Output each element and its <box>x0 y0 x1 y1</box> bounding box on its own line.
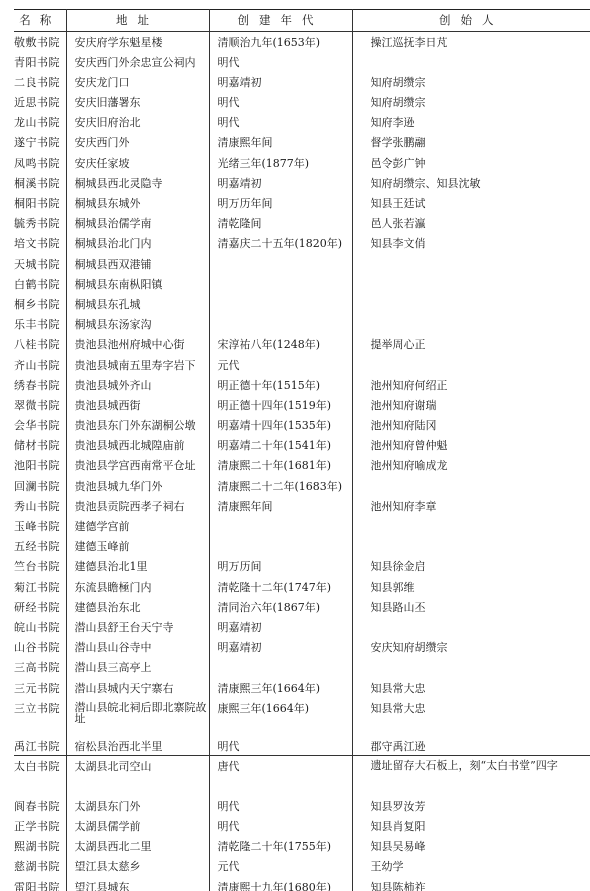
cell-address: 贵池县东门外东湖桐公墩 <box>66 415 209 435</box>
cell-founder: 提举周心正 <box>352 334 590 354</box>
cell-name: 天城书院 <box>14 254 66 274</box>
table-row: 桐溪书院桐城县西北灵隐寺明嘉靖初知府胡缵宗、知县沈敏 <box>14 173 590 193</box>
cell-name: 菊江书院 <box>14 577 66 597</box>
cell-name: 竺台书院 <box>14 556 66 576</box>
cell-founder: 知府李逊 <box>352 112 590 132</box>
table-row: 慈湖书院望江县太慈乡元代王幼学 <box>14 856 590 876</box>
cell-founder: 知县李文俏 <box>352 233 590 253</box>
cell-address: 东流县瞻極门内 <box>66 577 209 597</box>
cell-founder <box>352 294 590 314</box>
cell-founder <box>352 476 590 496</box>
cell-address: 贵池县城外齐山 <box>66 375 209 395</box>
table-row: 竺台书院建德县治北1里明万历间知县徐金启 <box>14 556 590 576</box>
cell-name: 三高书院 <box>14 657 66 677</box>
cell-era: 元代 <box>209 856 352 876</box>
cell-era: 清顺治九年(1653年) <box>209 32 352 52</box>
cell-founder <box>352 274 590 294</box>
cell-era: 清康熙二十二年(1683年) <box>209 476 352 496</box>
cell-era: 明嘉靖初 <box>209 617 352 637</box>
cell-name: 毓秀书院 <box>14 213 66 233</box>
cell-address: 建德县治东北 <box>66 597 209 617</box>
table-row: 熙湖书院太湖县西北二里清乾隆二十年(1755年)知县吴易峰 <box>14 836 590 856</box>
cell-founder: 知府胡缵宗、知县沈敏 <box>352 173 590 193</box>
table-row: 凤鸣书院安庆任家坡光绪三年(1877年)邑令彭广钟 <box>14 153 590 173</box>
table-row: 储材书院贵池县城西北城隍庙前明嘉靖二十年(1541年)池州知府曾仲魁 <box>14 435 590 455</box>
table-row: 三元书院潜山县城内天宁寨右清康熙三年(1664年)知县常大忠 <box>14 678 590 698</box>
cell-name: 绣春书院 <box>14 375 66 395</box>
cell-name: 近思书院 <box>14 92 66 112</box>
cell-era: 明嘉靖十四年(1535年) <box>209 415 352 435</box>
cell-era: 明万历年间 <box>209 193 352 213</box>
table-row: 二良书院安庆龙门口明嘉靖初知府胡缵宗 <box>14 72 590 92</box>
cell-name: 三元书院 <box>14 678 66 698</box>
cell-name: 青阳书院 <box>14 52 66 72</box>
cell-address: 贵池县贡院西孝子祠右 <box>66 496 209 516</box>
cell-address: 贵池县池州府城中心街 <box>66 334 209 354</box>
cell-name: 八桂书院 <box>14 334 66 354</box>
cell-address: 太湖县儒学前 <box>66 816 209 836</box>
cell-address: 贵池县城九华门外 <box>66 476 209 496</box>
table-row: 正学书院太湖县儒学前明代知县肖复阳 <box>14 816 590 836</box>
cell-founder: 知县陈柿祚 <box>352 877 590 891</box>
cell-address: 桐城县东孔城 <box>66 294 209 314</box>
table-row: 阆春书院太湖县东门外明代知县罗汝芳 <box>14 796 590 816</box>
cell-era <box>209 657 352 677</box>
cell-address: 安庆西门外 <box>66 132 209 152</box>
cell-name: 皖山书院 <box>14 617 66 637</box>
cell-name: 慈湖书院 <box>14 856 66 876</box>
cell-address: 贵池县城西街 <box>66 395 209 415</box>
cell-founder <box>352 355 590 375</box>
cell-name: 桐乡书院 <box>14 294 66 314</box>
table-row: 禹江书院宿松县治西北半里明代郡守禹江逊 <box>14 736 590 756</box>
table-row: 绣春书院贵池县城外齐山明正德十年(1515年)池州知府何绍正 <box>14 375 590 395</box>
cell-address: 望江县城东 <box>66 877 209 891</box>
cell-name: 研经书院 <box>14 597 66 617</box>
cell-founder <box>352 254 590 274</box>
cell-address: 桐城县治儒学南 <box>66 213 209 233</box>
cell-era <box>209 314 352 334</box>
cell-era: 清康熙年间 <box>209 132 352 152</box>
cell-address: 潜山县城内天宁寨右 <box>66 678 209 698</box>
table-row: 近思书院安庆旧藩署东明代知府胡缵宗 <box>14 92 590 112</box>
cell-address: 桐城县西北灵隐寺 <box>66 173 209 193</box>
cell-founder <box>352 516 590 536</box>
table-row: 三立书院潜山县皖北祠后即北寨院故址康熙三年(1664年)知县常大忠 <box>14 698 590 736</box>
table-row: 秀山书院贵池县贡院西孝子祠右清康熙年间池州知府李章 <box>14 496 590 516</box>
table-row: 太白书院太湖县北司空山唐代遗址留存大石板上，刻“太白书堂”四字 <box>14 756 590 796</box>
cell-founder: 遗址留存大石板上，刻“太白书堂”四字 <box>352 756 590 796</box>
cell-era: 明正德十年(1515年) <box>209 375 352 395</box>
cell-address: 潜山县三高亭上 <box>66 657 209 677</box>
cell-name: 池阳书院 <box>14 455 66 475</box>
cell-name: 遂宁书院 <box>14 132 66 152</box>
cell-era: 明代 <box>209 816 352 836</box>
cell-name: 会华书院 <box>14 415 66 435</box>
cell-name: 雷阳书院 <box>14 877 66 891</box>
cell-address: 建德县治北1里 <box>66 556 209 576</box>
cell-address: 贵池县城西北城隍庙前 <box>66 435 209 455</box>
cell-founder: 邑令彭广钟 <box>352 153 590 173</box>
cell-era: 唐代 <box>209 756 352 796</box>
header-name: 名称 <box>14 10 66 32</box>
cell-name: 齐山书院 <box>14 355 66 375</box>
cell-era: 明万历间 <box>209 556 352 576</box>
cell-era: 明正德十四年(1519年) <box>209 395 352 415</box>
cell-address: 安庆旧藩署东 <box>66 92 209 112</box>
cell-era: 明嘉靖初 <box>209 72 352 92</box>
cell-founder: 操江巡抚李日芃 <box>352 32 590 52</box>
cell-address: 潜山县皖北祠后即北寨院故址 <box>66 698 209 736</box>
cell-founder <box>352 657 590 677</box>
cell-address: 安庆龙门口 <box>66 72 209 92</box>
cell-address: 望江县太慈乡 <box>66 856 209 876</box>
cell-name: 阆春书院 <box>14 796 66 816</box>
table-body: 敬敷书院安庆府学东魁星楼清顺治九年(1653年)操江巡抚李日芃青阳书院安庆西门外… <box>14 32 590 891</box>
table-row: 玉峰书院建德学宫前 <box>14 516 590 536</box>
cell-era: 明代 <box>209 796 352 816</box>
cell-era: 清同治六年(1867年) <box>209 597 352 617</box>
cell-founder: 知县郭维 <box>352 577 590 597</box>
cell-address: 桐城县东汤家沟 <box>66 314 209 334</box>
table-row: 敬敷书院安庆府学东魁星楼清顺治九年(1653年)操江巡抚李日芃 <box>14 32 590 52</box>
cell-founder: 池州知府曾仲魁 <box>352 435 590 455</box>
cell-address: 建德玉峰前 <box>66 536 209 556</box>
table-row: 回澜书院贵池县城九华门外清康熙二十二年(1683年) <box>14 476 590 496</box>
table-row: 翠微书院贵池县城西街明正德十四年(1519年)池州知府谢瑞 <box>14 395 590 415</box>
table-row: 遂宁书院安庆西门外清康熙年间督学张鹏翮 <box>14 132 590 152</box>
cell-founder: 王幼学 <box>352 856 590 876</box>
cell-era: 明代 <box>209 92 352 112</box>
table-row: 山谷书院潜山县山谷寺中明嘉靖初安庆知府胡缵宗 <box>14 637 590 657</box>
cell-address: 建德学宫前 <box>66 516 209 536</box>
table-row: 池阳书院贵池县学宫西南常平仓址清康熙二十年(1681年)池州知府喻成龙 <box>14 455 590 475</box>
table-row: 三高书院潜山县三高亭上 <box>14 657 590 677</box>
cell-name: 桐溪书院 <box>14 173 66 193</box>
cell-founder <box>352 52 590 72</box>
cell-founder: 池州知府谢瑞 <box>352 395 590 415</box>
cell-founder: 池州知府陆冈 <box>352 415 590 435</box>
cell-era: 明嘉靖初 <box>209 173 352 193</box>
cell-founder: 知县吴易峰 <box>352 836 590 856</box>
table-row: 齐山书院贵池县城南五里寿字岩下元代 <box>14 355 590 375</box>
cell-address: 安庆旧府治北 <box>66 112 209 132</box>
cell-era <box>209 254 352 274</box>
table-row: 培文书院桐城县治北门内清嘉庆二十五年(1820年)知县李文俏 <box>14 233 590 253</box>
cell-era: 清康熙年间 <box>209 496 352 516</box>
table-row: 天城书院桐城县西双港铺 <box>14 254 590 274</box>
cell-era: 清康熙十九年(1680年) <box>209 877 352 891</box>
cell-name: 乐丰书院 <box>14 314 66 334</box>
cell-name: 五经书院 <box>14 536 66 556</box>
cell-founder: 知县路山丕 <box>352 597 590 617</box>
table-row: 皖山书院潜山县舒王台天宁寺明嘉靖初 <box>14 617 590 637</box>
cell-address: 潜山县舒王台天宁寺 <box>66 617 209 637</box>
cell-address: 桐城县西双港铺 <box>66 254 209 274</box>
cell-founder: 池州知府李章 <box>352 496 590 516</box>
cell-era <box>209 536 352 556</box>
cell-era: 明嘉靖初 <box>209 637 352 657</box>
cell-address: 潜山县山谷寺中 <box>66 637 209 657</box>
cell-founder: 池州知府何绍正 <box>352 375 590 395</box>
cell-founder: 郡守禹江逊 <box>352 736 590 756</box>
cell-name: 龙山书院 <box>14 112 66 132</box>
cell-era: 明嘉靖二十年(1541年) <box>209 435 352 455</box>
cell-era <box>209 294 352 314</box>
cell-era: 清康熙二十年(1681年) <box>209 455 352 475</box>
table-row: 乐丰书院桐城县东汤家沟 <box>14 314 590 334</box>
table-row: 会华书院贵池县东门外东湖桐公墩明嘉靖十四年(1535年)池州知府陆冈 <box>14 415 590 435</box>
cell-era: 清嘉庆二十五年(1820年) <box>209 233 352 253</box>
table-row: 毓秀书院桐城县治儒学南清乾隆间邑人张若瀛 <box>14 213 590 233</box>
cell-address: 安庆西门外余忠宣公祠内 <box>66 52 209 72</box>
cell-era: 宋淳祐八年(1248年) <box>209 334 352 354</box>
document-page: 名称 地址 创建年代 创始人 敬敷书院安庆府学东魁星楼清顺治九年(1653年)操… <box>0 0 590 891</box>
cell-address: 太湖县西北二里 <box>66 836 209 856</box>
table-row: 桐阳书院桐城县东城外明万历年间知县王廷试 <box>14 193 590 213</box>
table-row: 五经书院建德玉峰前 <box>14 536 590 556</box>
cell-name: 敬敷书院 <box>14 32 66 52</box>
cell-name: 玉峰书院 <box>14 516 66 536</box>
header-address: 地址 <box>66 10 209 32</box>
cell-era: 明代 <box>209 736 352 756</box>
cell-name: 桐阳书院 <box>14 193 66 213</box>
cell-name: 储材书院 <box>14 435 66 455</box>
cell-founder: 知县肖复阳 <box>352 816 590 836</box>
cell-founder <box>352 617 590 637</box>
cell-name: 回澜书院 <box>14 476 66 496</box>
cell-name: 白鹤书院 <box>14 274 66 294</box>
cell-founder: 知县罗汝芳 <box>352 796 590 816</box>
cell-founder: 知县常大忠 <box>352 678 590 698</box>
cell-name: 禹江书院 <box>14 736 66 756</box>
table-row: 雷阳书院望江县城东清康熙十九年(1680年)知县陈柿祚 <box>14 877 590 891</box>
cell-name: 熙湖书院 <box>14 836 66 856</box>
cell-era: 清乾隆间 <box>209 213 352 233</box>
cell-era: 清乾隆十二年(1747年) <box>209 577 352 597</box>
cell-era <box>209 516 352 536</box>
cell-founder <box>352 536 590 556</box>
cell-name: 二良书院 <box>14 72 66 92</box>
cell-era: 明代 <box>209 52 352 72</box>
cell-era: 元代 <box>209 355 352 375</box>
table-row: 龙山书院安庆旧府治北明代知府李逊 <box>14 112 590 132</box>
cell-address: 贵池县城南五里寿字岩下 <box>66 355 209 375</box>
table-row: 研经书院建德县治东北清同治六年(1867年)知县路山丕 <box>14 597 590 617</box>
cell-name: 三立书院 <box>14 698 66 736</box>
cell-founder: 知县常大忠 <box>352 698 590 736</box>
cell-address: 安庆府学东魁星楼 <box>66 32 209 52</box>
cell-name: 秀山书院 <box>14 496 66 516</box>
cell-name: 翠微书院 <box>14 395 66 415</box>
cell-address: 桐城县东城外 <box>66 193 209 213</box>
cell-address: 太湖县东门外 <box>66 796 209 816</box>
table-row: 桐乡书院桐城县东孔城 <box>14 294 590 314</box>
cell-founder: 安庆知府胡缵宗 <box>352 637 590 657</box>
cell-name: 太白书院 <box>14 756 66 796</box>
academies-table: 名称 地址 创建年代 创始人 敬敷书院安庆府学东魁星楼清顺治九年(1653年)操… <box>14 9 590 891</box>
cell-founder: 池州知府喻成龙 <box>352 455 590 475</box>
cell-era: 明代 <box>209 112 352 132</box>
cell-address: 桐城县治北门内 <box>66 233 209 253</box>
cell-founder: 知府胡缵宗 <box>352 72 590 92</box>
cell-address: 贵池县学宫西南常平仓址 <box>66 455 209 475</box>
cell-name: 培文书院 <box>14 233 66 253</box>
table-header: 名称 地址 创建年代 创始人 <box>14 10 590 32</box>
cell-name: 正学书院 <box>14 816 66 836</box>
cell-founder: 知府胡缵宗 <box>352 92 590 112</box>
table-row: 白鹤书院桐城县东南枞阳镇 <box>14 274 590 294</box>
cell-address: 太湖县北司空山 <box>66 756 209 796</box>
cell-founder: 知县徐金启 <box>352 556 590 576</box>
table-row: 青阳书院安庆西门外余忠宣公祠内明代 <box>14 52 590 72</box>
cell-founder: 知县王廷试 <box>352 193 590 213</box>
cell-era: 清乾隆二十年(1755年) <box>209 836 352 856</box>
cell-era: 光绪三年(1877年) <box>209 153 352 173</box>
cell-address: 安庆任家坡 <box>66 153 209 173</box>
cell-name: 凤鸣书院 <box>14 153 66 173</box>
cell-name: 山谷书院 <box>14 637 66 657</box>
cell-founder: 邑人张若瀛 <box>352 213 590 233</box>
cell-era: 康熙三年(1664年) <box>209 698 352 736</box>
cell-address: 宿松县治西北半里 <box>66 736 209 756</box>
cell-era <box>209 274 352 294</box>
table-row: 八桂书院贵池县池州府城中心街宋淳祐八年(1248年)提举周心正 <box>14 334 590 354</box>
cell-era: 清康熙三年(1664年) <box>209 678 352 698</box>
cell-founder <box>352 314 590 334</box>
header-era: 创建年代 <box>209 10 352 32</box>
cell-address: 桐城县东南枞阳镇 <box>66 274 209 294</box>
table-row: 菊江书院东流县瞻極门内清乾隆十二年(1747年)知县郭维 <box>14 577 590 597</box>
header-founder: 创始人 <box>352 10 590 32</box>
cell-founder: 督学张鹏翮 <box>352 132 590 152</box>
